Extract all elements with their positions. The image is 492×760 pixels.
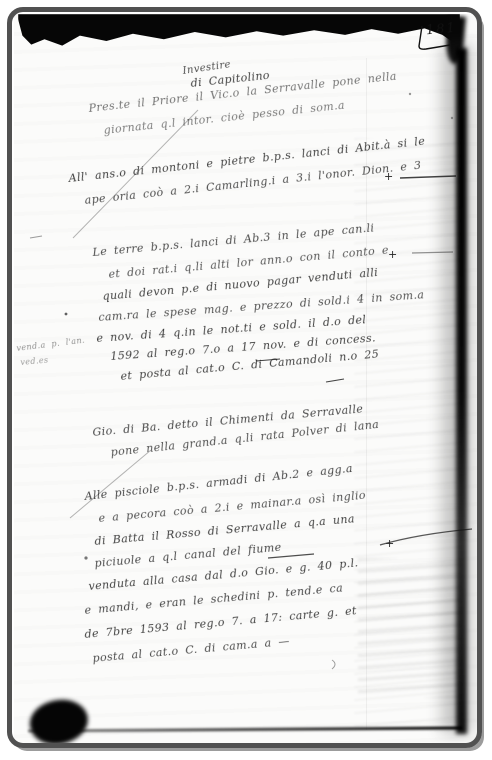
manuscript-scan-viewer: 181 In [0, 0, 492, 760]
marginal-note-2: ved.es [20, 356, 49, 367]
margin-plus-mark-2: + [388, 248, 397, 261]
margin-plus-mark-3: + [385, 537, 394, 550]
scanned-page: 181 In [14, 14, 478, 746]
margin-plus-mark-1: + [384, 170, 393, 183]
handwriting-layer: Investire di Capitolino Pres.te il Prior… [14, 14, 478, 746]
handwritten-line-p5-8: posta al cat.o C. di cam.a a — [92, 635, 290, 665]
marginal-note-1: vend.a p. l'an. [16, 336, 85, 353]
